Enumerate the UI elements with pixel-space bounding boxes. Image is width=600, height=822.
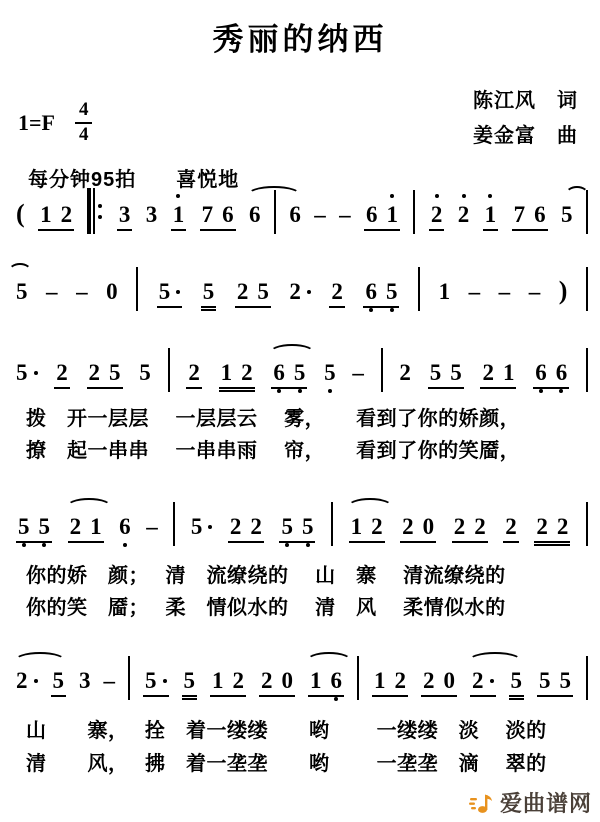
song-title: 秀丽的纳西 bbox=[0, 14, 600, 59]
beam-group: 55 bbox=[428, 361, 464, 389]
note: 2 bbox=[261, 669, 273, 692]
note-digit: 5 bbox=[450, 361, 462, 384]
barline bbox=[168, 379, 170, 380]
note-digit: 6 bbox=[222, 203, 234, 226]
note-digit: 5 bbox=[302, 515, 314, 538]
note: 2 bbox=[89, 361, 101, 384]
note: 6 bbox=[289, 203, 301, 226]
beam-group: 21 bbox=[68, 515, 104, 543]
beam-group: 25 bbox=[87, 361, 123, 389]
lyrics-line-verse1-b: 你的娇 颜； 清 流缭绕的 山 寨 清流缭绕的 bbox=[26, 559, 592, 588]
note-digit: 5 bbox=[53, 669, 65, 692]
note: 2 bbox=[482, 361, 494, 384]
note-digit: 1 bbox=[40, 203, 52, 226]
note: 2 bbox=[241, 361, 253, 384]
note-digit: 6 bbox=[365, 280, 377, 303]
note: 6 bbox=[534, 203, 546, 226]
note-digit: 2 bbox=[289, 280, 301, 303]
beam-group: 65 bbox=[363, 280, 399, 308]
note-digit: – bbox=[529, 280, 541, 303]
tempo-row: 每分钟95拍 喜悦地 bbox=[28, 163, 239, 192]
note-digit: – bbox=[314, 203, 326, 226]
note: 0 bbox=[106, 280, 118, 303]
note-digit: 2 bbox=[399, 361, 411, 384]
note: – bbox=[352, 361, 364, 384]
note: – bbox=[76, 280, 88, 303]
beam-group: 55 bbox=[537, 669, 573, 697]
repeat-dot bbox=[98, 204, 102, 208]
beam-group: 12 bbox=[372, 669, 408, 697]
augmentation-dot bbox=[34, 679, 38, 683]
note-digit: 0 bbox=[444, 669, 456, 692]
note: 5 bbox=[184, 669, 196, 692]
octave-dot-low bbox=[298, 389, 302, 393]
note: 6 bbox=[249, 203, 261, 226]
note: 5 bbox=[450, 361, 462, 384]
note-digit: 2 bbox=[237, 280, 249, 303]
augmentation-dot bbox=[163, 679, 167, 683]
note: 1 bbox=[90, 515, 102, 538]
note-cell: – bbox=[104, 669, 116, 692]
note-digit: 3 bbox=[119, 203, 131, 226]
note-digit: 1 bbox=[212, 669, 224, 692]
augmentation-dot bbox=[208, 525, 212, 529]
note-digit: 2 bbox=[371, 515, 383, 538]
note: 2 bbox=[250, 515, 262, 538]
note-cell: 5 bbox=[139, 361, 151, 384]
augmentation-dot bbox=[490, 679, 494, 683]
note-digit: 5 bbox=[539, 669, 551, 692]
note-digit: 2 bbox=[331, 280, 343, 303]
barline bbox=[586, 533, 588, 534]
note: 1 bbox=[387, 203, 399, 226]
note: 5 bbox=[560, 669, 572, 692]
note-digit: 2 bbox=[261, 669, 273, 692]
note: 2 bbox=[289, 280, 311, 303]
note: 1 bbox=[374, 669, 386, 692]
note-digit: 5 bbox=[18, 515, 30, 538]
note-digit: 1 bbox=[374, 669, 386, 692]
note: 2 bbox=[237, 280, 249, 303]
beam-group: 22 bbox=[452, 515, 488, 543]
beam-group: 5 bbox=[143, 669, 169, 697]
barline bbox=[357, 687, 359, 688]
note: 6 bbox=[556, 361, 568, 384]
note: 1 bbox=[173, 203, 185, 226]
note: 2 bbox=[454, 515, 466, 538]
note-digit: 5 bbox=[39, 515, 51, 538]
beam-group: 2 bbox=[429, 203, 445, 231]
note: 5 bbox=[53, 669, 65, 692]
note-cell: 6 bbox=[119, 515, 131, 538]
note: 1 bbox=[310, 669, 322, 692]
repeat-begin-sign bbox=[87, 221, 103, 222]
note-cell: – bbox=[339, 203, 351, 226]
note: – bbox=[529, 280, 541, 303]
note-digit: 2 bbox=[431, 203, 443, 226]
note-digit: 5 bbox=[191, 515, 203, 538]
note: 5 bbox=[386, 280, 398, 303]
note-digit: 1 bbox=[351, 515, 363, 538]
note-digit: 2 bbox=[395, 669, 407, 692]
barline bbox=[331, 533, 333, 534]
note: 2 bbox=[371, 515, 383, 538]
note-digit: 0 bbox=[282, 669, 294, 692]
beam-group: 2 bbox=[503, 515, 519, 543]
lyrics-line-verse1-a: 拨 开一层层 一层层云 雾， 看到了你的娇颜， bbox=[26, 402, 592, 431]
note: 3 bbox=[119, 203, 131, 226]
note-cell: 5 bbox=[16, 361, 38, 384]
lyrics-line-verse2-b: 你的笑 靥； 柔 情似水的 清 风 柔情似水的 bbox=[26, 591, 592, 620]
music-line-4: 55216–52255122022222 bbox=[16, 515, 588, 543]
note-digit: 5 bbox=[16, 361, 28, 384]
note-digit: 6 bbox=[249, 203, 261, 226]
note-digit: 7 bbox=[514, 203, 526, 226]
beam-group: 5 bbox=[182, 669, 198, 697]
note-digit: 1 bbox=[90, 515, 102, 538]
note-digit: 2 bbox=[16, 669, 28, 692]
note-digit: 2 bbox=[454, 515, 466, 538]
note-digit: 1 bbox=[485, 203, 497, 226]
beam-group: 1 bbox=[483, 203, 499, 231]
barline bbox=[418, 298, 420, 299]
note: – bbox=[339, 203, 351, 226]
note: 2 bbox=[56, 361, 68, 384]
note: 2 bbox=[431, 203, 443, 226]
note: 5 bbox=[324, 361, 336, 384]
note-cell: 2 bbox=[458, 203, 470, 226]
key-signature: 1=F 4 4 bbox=[18, 100, 92, 146]
beam-group: 2 bbox=[329, 280, 345, 308]
note: 6 bbox=[273, 361, 285, 384]
note: 5 bbox=[302, 515, 314, 538]
note-digit: 1 bbox=[221, 361, 233, 384]
note-digit: 5 bbox=[257, 280, 269, 303]
note-digit: 5 bbox=[139, 361, 151, 384]
note: 2 bbox=[16, 669, 38, 692]
note-digit: – bbox=[46, 280, 58, 303]
note-digit: 2 bbox=[188, 361, 200, 384]
note: 2 bbox=[505, 515, 517, 538]
note: 2 bbox=[423, 669, 435, 692]
beam-group: 55 bbox=[279, 515, 315, 543]
barline bbox=[128, 687, 130, 688]
barline bbox=[381, 379, 383, 380]
note-digit: 6 bbox=[119, 515, 131, 538]
parenthesis: ) bbox=[559, 278, 568, 304]
note-digit: 2 bbox=[482, 361, 494, 384]
note: 1 bbox=[439, 280, 451, 303]
note-cell: – bbox=[76, 280, 88, 303]
beam-group: 5 bbox=[201, 280, 217, 308]
note-digit: 2 bbox=[89, 361, 101, 384]
note-digit: 1 bbox=[310, 669, 322, 692]
note: 1 bbox=[485, 203, 497, 226]
note-digit: 2 bbox=[557, 515, 569, 538]
note-digit: 2 bbox=[230, 515, 242, 538]
note-cell: – bbox=[146, 515, 158, 538]
note: 2 bbox=[402, 515, 414, 538]
note: 5 bbox=[159, 280, 181, 303]
note: 1 bbox=[351, 515, 363, 538]
note-cell: – bbox=[352, 361, 364, 384]
music-line-2: 5––0552522651–––) bbox=[16, 278, 588, 308]
note-digit: 6 bbox=[331, 669, 343, 692]
note-digit: – bbox=[146, 515, 158, 538]
note: 5 bbox=[430, 361, 442, 384]
note-digit: 5 bbox=[560, 669, 572, 692]
beam-group: 2 bbox=[470, 669, 496, 697]
watermark-link[interactable]: 爱曲谱网 bbox=[469, 787, 592, 818]
note: 1 bbox=[212, 669, 224, 692]
octave-dot-low bbox=[390, 308, 394, 312]
note-cell: 5 bbox=[561, 203, 573, 226]
note-cell: 5 bbox=[16, 280, 28, 303]
note: 0 bbox=[444, 669, 456, 692]
watermark-text: 爱曲谱网 bbox=[500, 787, 592, 818]
note-digit: 6 bbox=[273, 361, 285, 384]
note-digit: 5 bbox=[159, 280, 171, 303]
beam-group: 55 bbox=[16, 515, 52, 543]
note-digit: 6 bbox=[556, 361, 568, 384]
note-digit: 3 bbox=[146, 203, 158, 226]
octave-dot-high bbox=[462, 194, 466, 198]
note-digit: 5 bbox=[16, 280, 28, 303]
barline bbox=[136, 298, 138, 299]
beam-group: 76 bbox=[200, 203, 236, 231]
note-digit: 6 bbox=[289, 203, 301, 226]
note-cell: – bbox=[46, 280, 58, 303]
note-digit: 5 bbox=[511, 669, 523, 692]
note: 6 bbox=[222, 203, 234, 226]
note-cell: 5 bbox=[324, 361, 336, 384]
beam-group: 12 bbox=[38, 203, 74, 231]
note-digit: 2 bbox=[402, 515, 414, 538]
beam-group: 20 bbox=[259, 669, 295, 697]
note: 2 bbox=[61, 203, 73, 226]
octave-dot-low bbox=[539, 389, 543, 393]
note-cell: 3 bbox=[146, 203, 158, 226]
lyrics-line-verse1-c: 山 寨， 拴 着一缕缕 哟 一缕缕 淡 淡的 bbox=[26, 714, 592, 743]
octave-dot-low bbox=[369, 308, 373, 312]
time-signature: 4 4 bbox=[75, 100, 93, 146]
beam-group: 66 bbox=[533, 361, 569, 389]
note: 5 bbox=[539, 669, 551, 692]
note-digit: – bbox=[352, 361, 364, 384]
note: 6 bbox=[365, 280, 377, 303]
beam-group: 61 bbox=[364, 203, 400, 231]
octave-dot-low bbox=[328, 389, 332, 393]
note: 5 bbox=[203, 280, 215, 303]
note: 6 bbox=[331, 669, 343, 692]
note-digit: 2 bbox=[70, 515, 82, 538]
note-digit: 1 bbox=[173, 203, 185, 226]
note: 6 bbox=[119, 515, 131, 538]
octave-dot-low bbox=[334, 697, 338, 701]
note: 0 bbox=[282, 669, 294, 692]
note-cell: 5 bbox=[191, 515, 213, 538]
beam-group: 20 bbox=[400, 515, 436, 543]
time-signature-denominator: 4 bbox=[79, 124, 89, 146]
lyricist-credit: 陈江风 词 bbox=[473, 84, 578, 113]
repeat-dots bbox=[98, 204, 102, 219]
octave-dot-high bbox=[488, 194, 492, 198]
beam-group: 12 bbox=[219, 361, 255, 389]
note: 5 bbox=[16, 361, 38, 384]
note: – bbox=[314, 203, 326, 226]
beam-group: 65 bbox=[271, 361, 307, 389]
octave-dot-low bbox=[559, 389, 563, 393]
note-digit: 5 bbox=[386, 280, 398, 303]
note-cell: 6 bbox=[249, 203, 261, 226]
note-digit: 2 bbox=[472, 669, 484, 692]
note: 1 bbox=[40, 203, 52, 226]
time-signature-numerator: 4 bbox=[75, 100, 93, 124]
note: 5 bbox=[18, 515, 30, 538]
note-digit: 5 bbox=[184, 669, 196, 692]
note-digit: 7 bbox=[202, 203, 214, 226]
note: 2 bbox=[536, 515, 548, 538]
note: 5 bbox=[16, 280, 28, 303]
octave-dot-low bbox=[285, 543, 289, 547]
beam-group: 1 bbox=[171, 203, 187, 231]
note-digit: 5 bbox=[145, 669, 157, 692]
note-digit: 2 bbox=[474, 515, 486, 538]
note-digit: 5 bbox=[294, 361, 306, 384]
note-digit: 5 bbox=[203, 280, 215, 303]
parenthesis: ( bbox=[16, 201, 25, 227]
beam-group: 2 bbox=[54, 361, 70, 389]
note-digit: 2 bbox=[233, 669, 245, 692]
note-digit: 0 bbox=[106, 280, 118, 303]
beam-group: 25 bbox=[235, 280, 271, 308]
note-cell: 6 bbox=[289, 203, 301, 226]
augmentation-dot bbox=[307, 290, 311, 294]
note-digit: 2 bbox=[536, 515, 548, 538]
note: 2 bbox=[472, 669, 494, 692]
note-digit: 3 bbox=[79, 669, 91, 692]
beam-group: 3 bbox=[117, 203, 133, 231]
note: 2 bbox=[474, 515, 486, 538]
lyrics-line-verse2-c: 清 风， 拂 着一垄垄 哟 一垄垄 滴 翠的 bbox=[26, 747, 592, 776]
note: 2 bbox=[230, 515, 242, 538]
note: 5 bbox=[145, 669, 167, 692]
repeat-thick-bar bbox=[87, 188, 91, 234]
note-cell: – bbox=[529, 280, 541, 303]
note-digit: 6 bbox=[535, 361, 547, 384]
note: 6 bbox=[535, 361, 547, 384]
note-digit: 2 bbox=[458, 203, 470, 226]
octave-dot-low bbox=[306, 543, 310, 547]
composer-credit: 姜金富 曲 bbox=[473, 119, 578, 148]
note: 5 bbox=[109, 361, 121, 384]
note-cell: 1 bbox=[439, 280, 451, 303]
octave-dot-low bbox=[123, 543, 127, 547]
note: – bbox=[46, 280, 58, 303]
barline bbox=[274, 221, 276, 222]
note: 5 bbox=[561, 203, 573, 226]
note: 3 bbox=[146, 203, 158, 226]
note-cell: 3 bbox=[79, 669, 91, 692]
beam-group: 5 bbox=[509, 669, 525, 697]
barline bbox=[586, 221, 588, 222]
music-line-5: 253–5512201612202555 bbox=[16, 669, 588, 697]
note: 5 bbox=[281, 515, 293, 538]
note-digit: 2 bbox=[423, 669, 435, 692]
note-digit: 5 bbox=[324, 361, 336, 384]
note-cell: 2 bbox=[16, 669, 38, 692]
music-note-icon bbox=[469, 789, 497, 817]
note-cell: – bbox=[469, 280, 481, 303]
repeat-thin-bar bbox=[93, 188, 95, 234]
note: 1 bbox=[221, 361, 233, 384]
barline bbox=[173, 533, 175, 534]
beam-group: 22 bbox=[228, 515, 264, 543]
barline bbox=[413, 221, 415, 222]
note: 6 bbox=[366, 203, 378, 226]
note: – bbox=[146, 515, 158, 538]
beam-group: 16 bbox=[308, 669, 344, 697]
note-digit: 5 bbox=[281, 515, 293, 538]
beam-group: 12 bbox=[210, 669, 246, 697]
note-digit: 6 bbox=[534, 203, 546, 226]
octave-dot-high bbox=[176, 194, 180, 198]
note-digit: 1 bbox=[503, 361, 515, 384]
note-digit: 2 bbox=[505, 515, 517, 538]
note-digit: 0 bbox=[423, 515, 435, 538]
beam-group: 12 bbox=[349, 515, 385, 543]
beam-group: 21 bbox=[480, 361, 516, 389]
beam-group: 20 bbox=[421, 669, 457, 697]
note-digit: 2 bbox=[250, 515, 262, 538]
note: 5 bbox=[191, 515, 213, 538]
augmentation-dot bbox=[176, 290, 180, 294]
note: 0 bbox=[423, 515, 435, 538]
note-digit: – bbox=[499, 280, 511, 303]
note: 2 bbox=[188, 361, 200, 384]
repeat-dot bbox=[98, 215, 102, 219]
note: – bbox=[469, 280, 481, 303]
note: 2 bbox=[70, 515, 82, 538]
note-cell: – bbox=[499, 280, 511, 303]
music-line-1: (123317666––61221765 bbox=[16, 201, 588, 231]
note-digit: – bbox=[469, 280, 481, 303]
note-digit: 2 bbox=[61, 203, 73, 226]
note-digit: – bbox=[104, 669, 116, 692]
note: 5 bbox=[511, 669, 523, 692]
note-digit: 6 bbox=[366, 203, 378, 226]
note-cell: 0 bbox=[106, 280, 118, 303]
note-digit: 5 bbox=[430, 361, 442, 384]
note-cell: 2 bbox=[399, 361, 411, 384]
note: 2 bbox=[331, 280, 343, 303]
note-digit: 1 bbox=[439, 280, 451, 303]
expression-marking: 喜悦地 bbox=[176, 163, 239, 192]
barline bbox=[586, 298, 588, 299]
note-digit: 2 bbox=[241, 361, 253, 384]
note: 2 bbox=[233, 669, 245, 692]
note: 7 bbox=[514, 203, 526, 226]
note: 7 bbox=[202, 203, 214, 226]
octave-dot-high bbox=[390, 194, 394, 198]
note-digit: 5 bbox=[561, 203, 573, 226]
tempo-marking: 每分钟95拍 bbox=[28, 163, 136, 192]
beam-group: 5 bbox=[157, 280, 183, 308]
note-digit: 2 bbox=[56, 361, 68, 384]
octave-dot-low bbox=[22, 543, 26, 547]
octave-dot-high bbox=[435, 194, 439, 198]
note: 2 bbox=[458, 203, 470, 226]
